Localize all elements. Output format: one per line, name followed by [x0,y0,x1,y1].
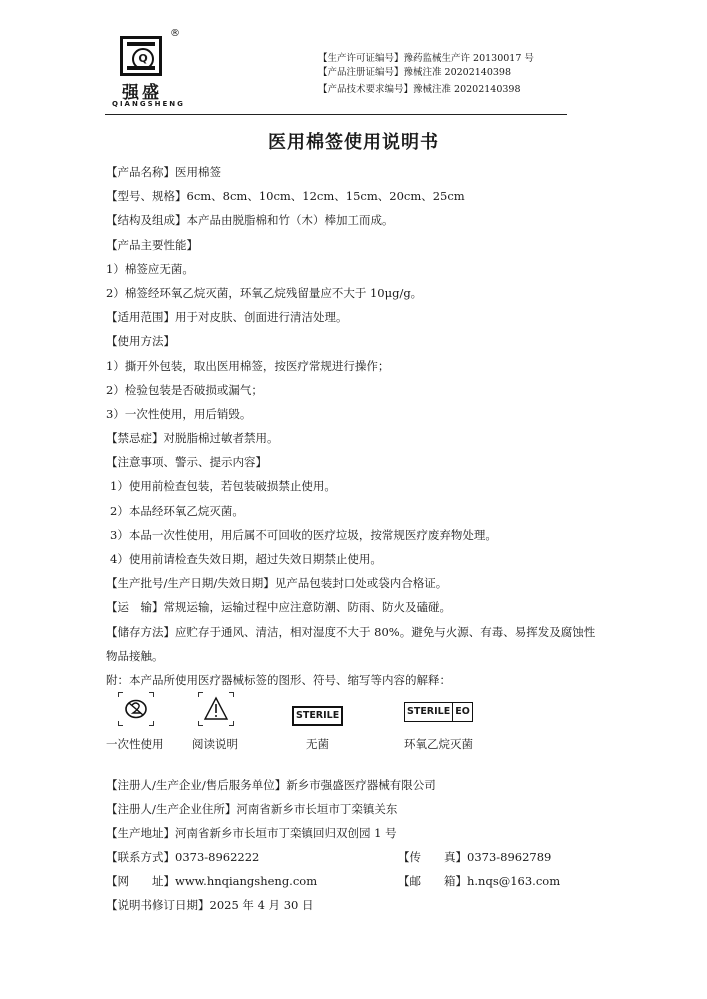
document-body: 【产品名称】医用棉签 【型号、规格】6cm、8cm、10cm、12cm、15cm… [106,160,606,692]
header-divider [105,114,567,115]
symbol-label: 环氧乙烷灭菌 [404,736,473,752]
scope: 【适用范围】用于对皮肤、创面进行清洁处理。 [106,305,606,329]
performance-heading: 【产品主要性能】 [106,233,606,257]
contact-info: 【注册人/生产企业/售后服务单位】新乡市强盛医疗器械有限公司 【注册人/生产企业… [106,773,606,917]
performance-item: 2）棉签经环氧乙烷灭菌，环氧乙烷残留量应不大于 10μg/g。 [106,281,606,305]
warning-item: 4）使用前请检查失效日期，超过失效日期禁止使用。 [106,547,606,571]
usage-item: 1）撕开外包装，取出医用棉签，按医疗常规进行操作； [106,354,606,378]
symbol-label: 阅读说明 [192,736,238,752]
warning-item: 3）本品一次性使用，用后属不可回收的医疗垃圾，按常规医疗废弃物处理。 [106,523,606,547]
production-license-number: 【生产许可证编号】豫药监械生产许 20130017 号 [318,52,534,66]
batch-info: 【生产批号/生产日期/失效日期】见产品包装封口处或袋内合格证。 [106,571,606,595]
usage-item: 3）一次性使用，用后销毁。 [106,402,606,426]
structure: 【结构及组成】本产品由脱脂棉和竹（木）棒加工而成。 [106,208,606,232]
usage-item: 2）检验包装是否破损或漏气； [106,378,606,402]
warning-item: 1）使用前检查包装，若包装破损禁止使用。 [106,474,606,498]
symbol-label: 一次性使用 [106,736,164,752]
registrant-address: 【注册人/生产企业住所】河南省新乡市长垣市丁栾镇关东 [106,797,606,821]
caution-read-instructions-icon [198,692,234,726]
phone: 【联系方式】0373-8962222 [106,850,259,864]
registration-info: 【生产许可证编号】豫药监械生产许 20130017 号 【产品注册证编号】豫械注… [318,52,534,97]
warnings-heading: 【注意事项、警示、提示内容】 [106,450,606,474]
symbol-label: 无菌 [306,736,329,752]
contraindication: 【禁忌症】对脱脂棉过敏者禁用。 [106,426,606,450]
registrant: 【注册人/生产企业/售后服务单位】新乡市强盛医疗器械有限公司 [106,773,606,797]
sterile-eo-icon: STERILE EO [404,702,473,722]
technical-requirement-number: 【产品技术要求编号】豫械注准 20202140398 [318,83,534,97]
website: 【网 址】www.hnqiangsheng.com [106,874,317,888]
revision-date: 【说明书修订日期】2025 年 4 月 30 日 [106,893,606,917]
storage: 【储存方法】应贮存于通风、清洁，相对湿度不大于 80%。避免与火源、有毒、易挥发… [106,620,606,668]
warning-item: 2）本品经环氧乙烷灭菌。 [106,499,606,523]
production-address: 【生产地址】河南省新乡市长垣市丁栾镇回归双创园 1 号 [106,821,606,845]
usage-heading: 【使用方法】 [106,329,606,353]
instruction-document: Q ® 强盛 QIANGSHENG 【生产许可证编号】豫药监械生产许 20130… [0,0,707,999]
email: 【邮 箱】h.nqs@163.com [398,869,560,893]
company-logo: Q ® 强盛 QIANGSHENG [112,28,192,108]
sterile-icon: STERILE [292,706,343,726]
registered-trademark-icon: ® [170,28,180,39]
fax: 【传 真】0373-8962789 [398,845,551,869]
registration-certificate-number: 【产品注册证编号】豫械注准 20202140398 [318,66,534,80]
logo-emblem: Q [120,36,162,76]
brand-name-en: QIANGSHENG [112,100,185,108]
transport: 【运 输】常规运输，运输过程中应注意防潮、防雨、防火及磕碰。 [106,595,606,619]
label-symbols: 一次性使用 阅读说明 STERILE 无菌 STERILE EO 环氧乙烷灭菌 [106,688,526,758]
do-not-reuse-icon [118,692,154,726]
model-spec: 【型号、规格】6cm、8cm、10cm、12cm、15cm、20cm、25cm [106,184,606,208]
performance-item: 1）棉签应无菌。 [106,257,606,281]
document-title: 医用棉签使用说明书 [0,128,707,154]
product-name: 【产品名称】医用棉签 [106,160,606,184]
